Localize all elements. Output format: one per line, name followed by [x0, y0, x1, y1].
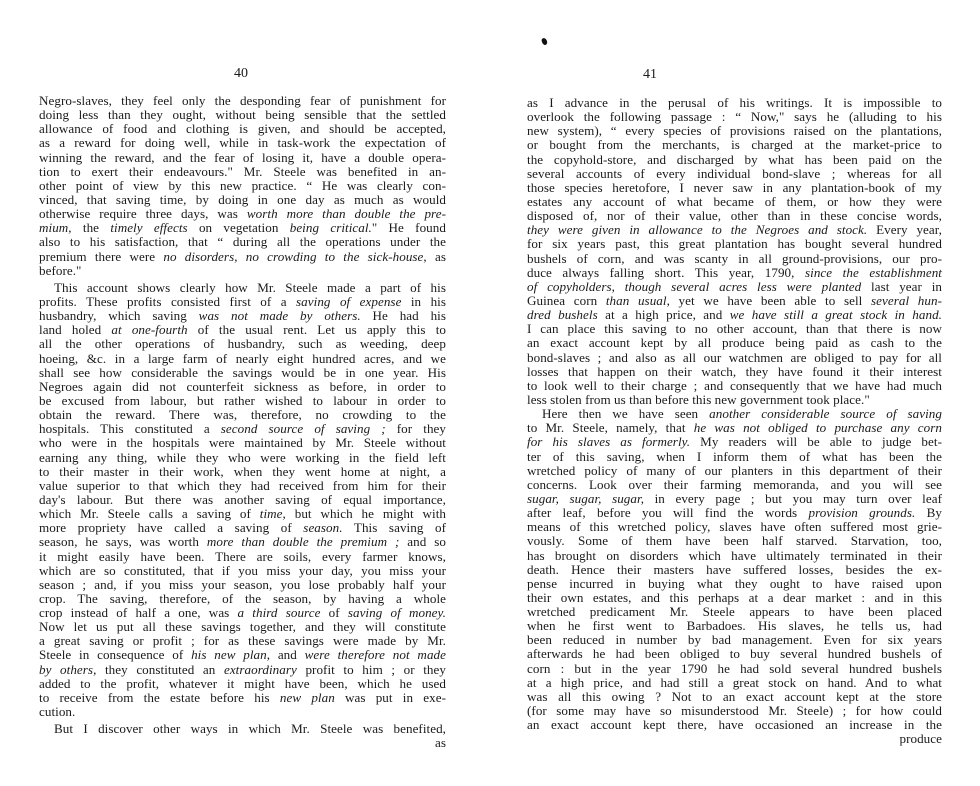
text-run: doing less than they ought, without bein… [39, 107, 446, 122]
text-run: crop. The saving, therefore, of the seas… [39, 591, 446, 606]
text-run: shall see how considerable the savings w… [39, 365, 446, 380]
text-run: ter of this saving, when I inform them o… [527, 449, 942, 464]
right-text-line: Here then we have seen another considera… [527, 407, 942, 421]
left-text-line: Steele in consequence of his new plan, a… [39, 648, 446, 662]
italic-text: another considerable source of saving [709, 406, 942, 421]
text-run: be excused from labour, but rather wishe… [39, 393, 446, 408]
left-text-line: winning the reward, and the fear of losi… [39, 151, 446, 165]
left-text-line: otherwise require three days, was worth … [39, 207, 446, 221]
italic-text: were therefore not made [305, 647, 446, 662]
left-text-line: season ; and, if you miss your season, y… [39, 578, 446, 592]
text-run: or bought from the merchants, is charged… [527, 137, 942, 152]
text-run: less stolen from us than before this new… [527, 392, 870, 407]
text-run: new system), “ every species of provisio… [527, 123, 942, 138]
text-run: means of this wretched policy, slaves ha… [527, 519, 942, 534]
text-run: Now let us put all these savings togethe… [39, 619, 446, 634]
text-run: those species heretofore, I never saw in… [527, 180, 942, 195]
right-text-line: pense incurred in buying what they ought… [527, 577, 942, 591]
left-text-line: hospitals. This constituted a second sou… [39, 422, 446, 436]
left-text-line: doing less than they ought, without bein… [39, 108, 446, 122]
left-text-line: But I discover other ways in which Mr. S… [39, 722, 446, 736]
text-run: as [427, 249, 446, 264]
text-run: bushels of corn, and was scanty in all g… [527, 251, 942, 266]
right-text-line: bond-slaves ; and also as all our watchm… [527, 351, 942, 365]
right-text-line: wretched policy of many of our planters … [527, 464, 942, 478]
italic-text: saving of money. [348, 605, 446, 620]
text-run: disposed of, nor of their value, other t… [527, 208, 942, 223]
text-run: added to the profit, whatever it might h… [39, 676, 446, 691]
text-run: death. Hence their masters have suffered… [527, 562, 942, 577]
text-run: corn : but in the year 1790 he had sold … [527, 661, 942, 676]
right-text-line: at a high price, and had still a great s… [527, 676, 942, 690]
text-run: pense incurred in buying what they ought… [527, 576, 942, 591]
text-run: He had his [361, 308, 446, 323]
right-text-line: to look well to their charge ; and conse… [527, 379, 942, 393]
left-text-line: which Mr. Steele calls a saving of time,… [39, 507, 446, 521]
text-run: when he first went to Barbadoes. His sla… [527, 618, 942, 633]
left-text-line: to receive from the estate before his ne… [39, 691, 446, 705]
text-run: wretched predicament Mr. Steele appears … [527, 604, 942, 619]
page-number-left: 40 [221, 66, 261, 82]
left-text-line: premium there were no disorders, no crow… [39, 250, 446, 264]
right-text-line: was all this owing ? Not to an exact acc… [527, 690, 942, 704]
text-run: as I advance in the perusal of his writi… [527, 95, 942, 110]
text-run: husbandry, which saving [39, 308, 199, 323]
right-text-line: estates any account of what became of th… [527, 195, 942, 209]
left-text-line: which are so constituted, that if you mi… [39, 564, 446, 578]
text-run: before." [39, 263, 81, 278]
text-run: hoeing, &c. in a large farm of nearly ei… [39, 351, 446, 366]
text-run: vinced, that saving time, by doing in on… [39, 192, 446, 207]
right-text-line: new system), “ every species of provisio… [527, 124, 942, 138]
italic-text: second source of saving ; [221, 421, 386, 436]
text-run: This saving of [343, 520, 446, 535]
text-run: otherwise require three days, was [39, 206, 247, 221]
italic-text: of copyholders, though several acres les… [527, 279, 861, 294]
text-run: the [72, 220, 111, 235]
right-text-line: losses that happen on their watch, they … [527, 365, 942, 379]
text-run: to their master in their work, when they… [39, 464, 446, 479]
left-text-line: added to the profit, whatever it might h… [39, 677, 446, 691]
right-text-line: their own estates, and this perhaps at a… [527, 591, 942, 605]
right-text-line: several accounts of every individual bon… [527, 167, 942, 181]
text-run: to Mr. Steele, namely, that [527, 420, 694, 435]
right-text-line: death. Hence their masters have suffered… [527, 563, 942, 577]
text-run: at a high price, and had still a great s… [527, 675, 942, 690]
right-text-line: has brought on disorders which have ulti… [527, 549, 942, 563]
right-text-line: after leaf, before you will find the wor… [527, 506, 942, 520]
text-run: and so [399, 534, 446, 549]
text-run: Here then we have seen [542, 406, 709, 421]
left-text-line: hoeing, &c. in a large farm of nearly ei… [39, 352, 446, 366]
italic-text: since the establishment [805, 265, 942, 280]
text-run: which are so constituted, that if you mi… [39, 563, 446, 578]
text-run: they constituted an [96, 662, 224, 677]
left-text-line: Negroes again did not counterfeit sickne… [39, 380, 446, 394]
text-run: as a reward for doing well, while in tas… [39, 135, 446, 150]
text-run: an exact account kept there, have occasi… [527, 717, 942, 732]
italic-text: new plan [280, 690, 335, 705]
right-page: 41 as I advance in the perusal of his wr… [490, 0, 980, 786]
left-text-line: crop instead of half a one, was a third … [39, 606, 446, 620]
italic-text: provision grounds. [808, 505, 915, 520]
right-text-line: for his slaves as formerly. My readers w… [527, 435, 942, 449]
left-page-text: Negro-slaves, they feel only the despond… [39, 94, 446, 750]
text-run: to receive from the estate before his [39, 690, 280, 705]
text-run: it might easily have been. There are soi… [39, 549, 446, 564]
text-run: estates any account of what became of th… [527, 194, 942, 209]
right-text-line: the copyhold-store, and discharged by wh… [527, 153, 942, 167]
right-text-line: of copyholders, though several acres les… [527, 280, 942, 294]
right-text-line: overlook the following passage : “ Now,"… [527, 110, 942, 124]
italic-text: time, [260, 506, 286, 521]
left-text-line: a great saving or profit ; for as these … [39, 634, 446, 648]
text-run: a great saving or profit ; for as these … [39, 633, 446, 648]
text-run: wretched policy of many of our planters … [527, 463, 942, 478]
text-run: earning any thing, while they who were w… [39, 450, 446, 465]
italic-text: more than double the premium ; [207, 534, 400, 549]
italic-text: at one-fourth [111, 322, 187, 337]
text-run: losses that happen on their watch, they … [527, 364, 942, 379]
right-text-line: less stolen from us than before this new… [527, 393, 942, 407]
text-run: and [270, 647, 305, 662]
text-run: Every year, [867, 222, 942, 237]
text-run: Guinea corn [527, 293, 606, 308]
text-run: By [915, 505, 942, 520]
right-text-line: an exact account kept by all produce bei… [527, 336, 942, 350]
italic-text: dred bushels [527, 307, 598, 322]
italic-text: his new plan, [191, 647, 270, 662]
right-text-line: wretched predicament Mr. Steele appears … [527, 605, 942, 619]
text-run: (for some may have so misunderstood Mr. … [527, 703, 942, 718]
right-text-line: vously. Some of them have been half star… [527, 534, 942, 548]
italic-text: being critical. [290, 220, 372, 235]
left-text-line: Now let us put all these savings togethe… [39, 620, 446, 634]
text-run: I can place this saving to no other acco… [527, 321, 942, 336]
text-run: as [435, 735, 446, 750]
text-run: an exact account kept by all produce bei… [527, 335, 942, 350]
right-text-line: corn : but in the year 1790 he had sold … [527, 662, 942, 676]
right-text-line: for six years past, this great plantatio… [527, 237, 942, 251]
right-text-line: concerns. Look over their farming memora… [527, 478, 942, 492]
left-text-line: as [39, 736, 446, 750]
text-run: who were in the hospitals were maintaine… [39, 435, 446, 450]
text-run: Negroes again did not counterfeit sickne… [39, 379, 446, 394]
text-run: several accounts of every individual bon… [527, 166, 942, 181]
left-text-line: tion to exert their endeavours." Mr. Ste… [39, 165, 446, 179]
text-run: premium there were [39, 249, 163, 264]
right-text-line: produce [527, 732, 942, 746]
left-text-line: vinced, that saving time, by doing in on… [39, 193, 446, 207]
text-run: concerns. Look over their farming memora… [527, 477, 942, 492]
text-run: day's labour. But there was another savi… [39, 492, 446, 507]
left-text-line: This account shows clearly how Mr. Steel… [39, 281, 446, 295]
left-text-line: to their master in their work, when they… [39, 465, 446, 479]
text-run: My readers will be able to judge bet- [690, 434, 942, 449]
italic-text: extraordinary [224, 662, 297, 677]
text-run: was all this owing ? Not to an exact acc… [527, 689, 942, 704]
right-text-line: (for some may have so misunderstood Mr. … [527, 704, 942, 718]
text-run: been reduced in number by bad management… [527, 632, 942, 647]
right-page-text: as I advance in the perusal of his writi… [527, 96, 942, 746]
text-run: for six years past, this great plantatio… [527, 236, 942, 251]
left-text-line: more propriety have called a saving of s… [39, 521, 446, 535]
text-run: yet we have been able to sell [670, 293, 871, 308]
text-run: other point of view by this new practice… [39, 178, 446, 193]
text-run: for they [386, 421, 446, 436]
right-text-line: I can place this saving to no other acco… [527, 322, 942, 336]
text-run: after leaf, before you will find the wor… [527, 505, 808, 520]
italic-text: worth more than double the pre- [247, 206, 446, 221]
text-run: season ; and, if you miss your season, y… [39, 577, 446, 592]
left-text-line: mium, the timely effects on vegetation b… [39, 221, 446, 235]
left-text-line: profits. These profits consisted first o… [39, 295, 446, 309]
left-text-line: husbandry, which saving was not made by … [39, 309, 446, 323]
left-text-line: value superior to that which they had re… [39, 479, 446, 493]
right-text-line: as I advance in the perusal of his writi… [527, 96, 942, 110]
italic-text: he was not obliged to purchase any corn [694, 420, 942, 435]
right-text-line: sugar, sugar, sugar, in every page ; but… [527, 492, 942, 506]
left-text-line: earning any thing, while they who were w… [39, 451, 446, 465]
left-text-line: Negro-slaves, they feel only the despond… [39, 94, 446, 108]
left-text-line: other point of view by this new practice… [39, 179, 446, 193]
text-run: value superior to that which they had re… [39, 478, 446, 493]
text-run: more propriety have called a saving of [39, 520, 303, 535]
left-text-line: land holed at one-fourth of the usual re… [39, 323, 446, 337]
text-run: the copyhold-store, and discharged by wh… [527, 152, 942, 167]
left-text-line: shall see how considerable the savings w… [39, 366, 446, 380]
text-run: which Mr. Steele calls a saving of [39, 506, 260, 521]
italic-text: was not made by others. [199, 308, 361, 323]
left-text-line: cution. [39, 705, 446, 719]
text-run: allowance of food and clothing is given,… [39, 121, 446, 136]
italic-text: a third source [238, 605, 321, 620]
right-text-line: ter of this saving, when I inform them o… [527, 450, 942, 464]
text-run: cution. [39, 704, 75, 719]
text-run: on vegetation [188, 220, 290, 235]
left-text-line: day's labour. But there was another savi… [39, 493, 446, 507]
text-run: but which he might with [286, 506, 446, 521]
italic-text: by others, [39, 662, 96, 677]
italic-text: than usual, [606, 293, 670, 308]
right-text-line: bushels of corn, and was scanty in all g… [527, 252, 942, 266]
left-page: 40 Negro-slaves, they feel only the desp… [0, 0, 490, 786]
left-text-line: by others, they constituted an extraordi… [39, 663, 446, 677]
italic-text: no disorders, no crowding to the sick-ho… [163, 249, 426, 264]
italic-text: we have still a great stock in hand. [730, 307, 942, 322]
text-run: obtain the reward. There was, therefore,… [39, 407, 446, 422]
text-run: winning the reward, and the fear of losi… [39, 150, 446, 165]
text-run: land holed [39, 322, 111, 337]
text-run: duce always falling short. This year, 17… [527, 265, 805, 280]
left-text-line: be excused from labour, but rather wishe… [39, 394, 446, 408]
text-run: profits. These profits consisted first o… [39, 294, 296, 309]
text-run: tion to exert their endeavours." Mr. Ste… [39, 164, 446, 179]
text-run: afterwards he had been obliged to buy se… [527, 646, 942, 661]
right-text-line: or bought from the merchants, is charged… [527, 138, 942, 152]
right-text-line: when he first went to Barbadoes. His sla… [527, 619, 942, 633]
page-number-right: 41 [630, 67, 670, 83]
right-text-line: means of this wretched policy, slaves ha… [527, 520, 942, 534]
text-run: season, he says, was worth [39, 534, 207, 549]
italic-text: they were given in allowance to the Negr… [527, 222, 867, 237]
italic-text: season. [303, 520, 342, 535]
text-run: This account shows clearly how Mr. Steel… [54, 280, 446, 295]
text-run: last year in [861, 279, 942, 294]
text-run: at a high price, and [598, 307, 730, 322]
italic-text: sugar, sugar, sugar, [527, 491, 644, 506]
right-text-line: duce always falling short. This year, 17… [527, 266, 942, 280]
right-text-line: to Mr. Steele, namely, that he was not o… [527, 421, 942, 435]
italic-text: for his slaves as formerly. [527, 434, 690, 449]
right-text-line: those species heretofore, I never saw in… [527, 181, 942, 195]
text-run: of the usual rent. Let us apply this to [188, 322, 446, 337]
left-text-line: also to his satisfaction, that “ during … [39, 235, 446, 249]
italic-text: mium, [39, 220, 72, 235]
text-run: " He found [372, 220, 446, 235]
text-run: Steele in consequence of [39, 647, 191, 662]
text-run: of [320, 605, 347, 620]
right-text-line: been reduced in number by bad management… [527, 633, 942, 647]
text-run: to look well to their charge ; and conse… [527, 378, 942, 393]
text-run: profit to him ; or they [297, 662, 446, 677]
text-run: hospitals. This constituted a [39, 421, 221, 436]
right-text-line: they were given in allowance to the Negr… [527, 223, 942, 237]
text-run: in his [401, 294, 446, 309]
text-run: also to his satisfaction, that “ during … [39, 234, 446, 249]
right-text-line: afterwards he had been obliged to buy se… [527, 647, 942, 661]
text-run: vously. Some of them have been half star… [527, 533, 942, 548]
italic-text: saving of expense [296, 294, 401, 309]
text-run: But I discover other ways in which Mr. S… [54, 721, 446, 736]
left-text-line: all the other operations of husbandry, s… [39, 337, 446, 351]
italic-text: timely effects [110, 220, 187, 235]
right-text-line: an exact account kept there, have occasi… [527, 718, 942, 732]
left-text-line: obtain the reward. There was, therefore,… [39, 408, 446, 422]
text-run: all the other operations of husbandry, s… [39, 336, 446, 351]
right-text-line: Guinea corn than usual, yet we have been… [527, 294, 942, 308]
left-text-line: allowance of food and clothing is given,… [39, 122, 446, 136]
italic-text: several hun- [871, 293, 942, 308]
text-run: was put in exe- [335, 690, 446, 705]
left-text-line: crop. The saving, therefore, of the seas… [39, 592, 446, 606]
text-run: produce [899, 731, 942, 746]
text-run: in every page ; but you may turn over le… [644, 491, 942, 506]
right-text-line: dred bushels at a high price, and we hav… [527, 308, 942, 322]
left-text-line: as a reward for doing well, while in tas… [39, 136, 446, 150]
left-text-line: before." [39, 264, 446, 278]
text-run: bond-slaves ; and also as all our watchm… [527, 350, 942, 365]
right-text-line: disposed of, nor of their value, other t… [527, 209, 942, 223]
text-run: their own estates, and this perhaps at a… [527, 590, 942, 605]
left-text-line: season, he says, was worth more than dou… [39, 535, 446, 549]
text-run: has brought on disorders which have ulti… [527, 548, 942, 563]
left-text-line: who were in the hospitals were maintaine… [39, 436, 446, 450]
text-run: crop instead of half a one, was [39, 605, 238, 620]
text-run: Negro-slaves, they feel only the despond… [39, 93, 446, 108]
left-text-line: it might easily have been. There are soi… [39, 550, 446, 564]
text-run: overlook the following passage : “ Now,"… [527, 109, 942, 124]
